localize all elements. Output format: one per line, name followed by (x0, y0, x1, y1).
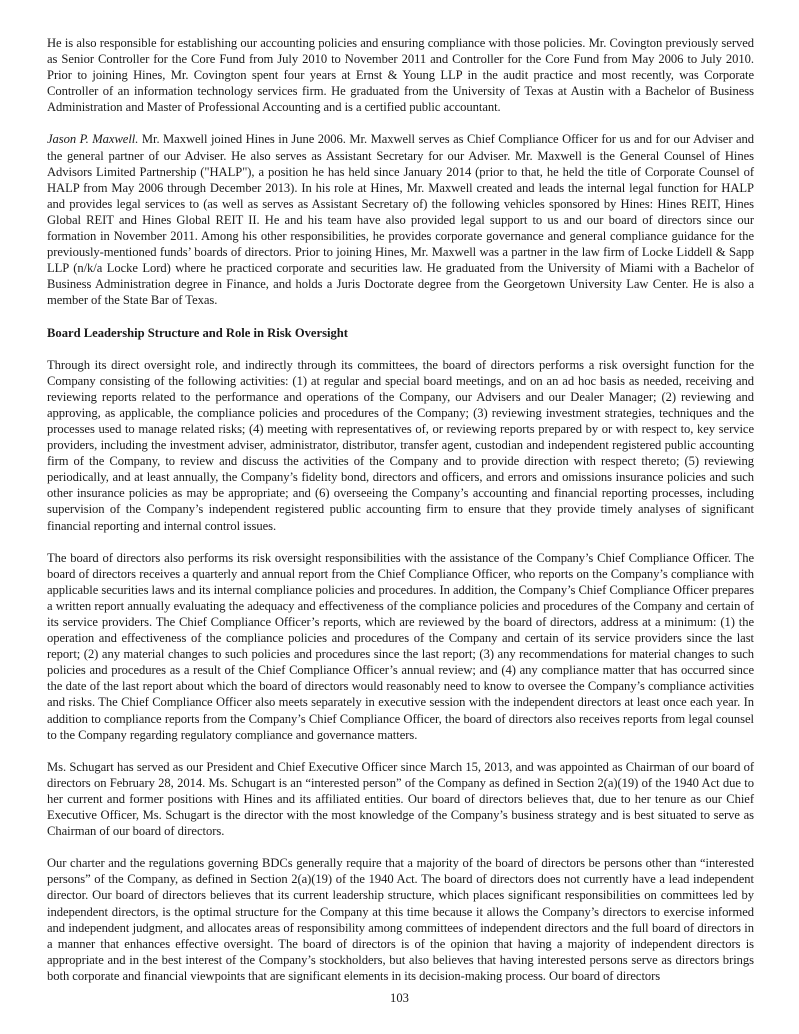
paragraph-independent-directors: Our charter and the regulations governin… (47, 855, 754, 984)
section-heading-board-leadership: Board Leadership Structure and Role in R… (47, 325, 754, 341)
maxwell-bio-text: Mr. Maxwell joined Hines in June 2006. M… (47, 132, 754, 307)
document-page: He is also responsible for establishing … (47, 35, 754, 1000)
page-number: 103 (0, 990, 799, 1006)
paragraph-covington-bio: He is also responsible for establishing … (47, 35, 754, 115)
maxwell-name: Jason P. Maxwell. (47, 132, 138, 146)
paragraph-schugart-chairman: Ms. Schugart has served as our President… (47, 759, 754, 839)
paragraph-chief-compliance-officer: The board of directors also performs its… (47, 550, 754, 743)
paragraph-maxwell-bio: Jason P. Maxwell. Mr. Maxwell joined Hin… (47, 131, 754, 308)
paragraph-risk-oversight-activities: Through its direct oversight role, and i… (47, 357, 754, 534)
